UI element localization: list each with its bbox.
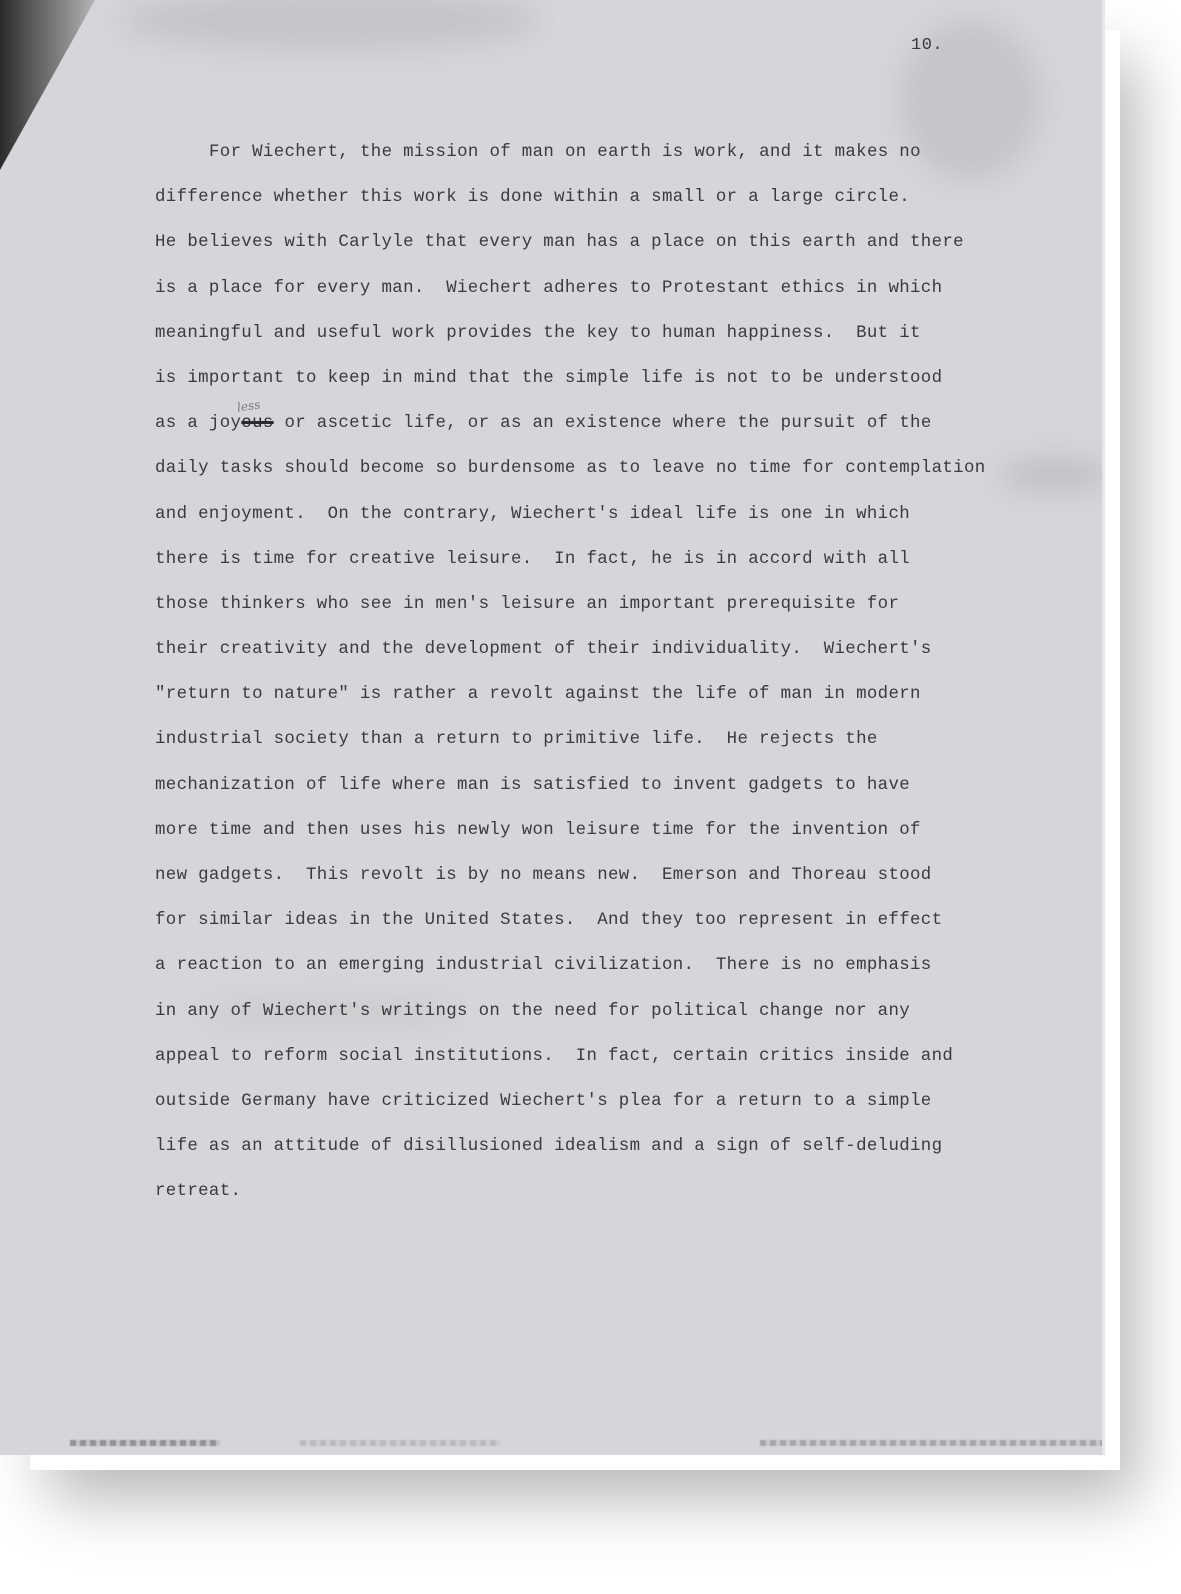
scan-smudge <box>120 0 540 50</box>
text-line: their creativity and the development of … <box>155 637 1055 682</box>
text-line: and enjoyment. On the contrary, Wiechert… <box>155 502 1055 547</box>
document-page: 10. For Wiechert, the mission of man on … <box>0 0 1105 1455</box>
text-line-corrected: as a joyousless or ascetic life, or as a… <box>155 411 1055 456</box>
text-line: meaningful and useful work provides the … <box>155 321 1055 366</box>
text-line: industrial society than a return to prim… <box>155 727 1055 772</box>
scan-edge-mark <box>300 1440 500 1446</box>
text-line: is important to keep in mind that the si… <box>155 366 1055 411</box>
text-line: mechanization of life where man is satis… <box>155 773 1055 818</box>
text-line: those thinkers who see in men's leisure … <box>155 592 1055 637</box>
text-line: is a place for every man. Wiechert adher… <box>155 276 1055 321</box>
text-line: difference whether this work is done wit… <box>155 185 1055 230</box>
text-line: more time and then uses his newly won le… <box>155 818 1055 863</box>
body-text: For Wiechert, the mission of man on eart… <box>155 140 1055 1225</box>
text-line: daily tasks should become so burdensome … <box>155 456 1055 501</box>
scan-edge-mark <box>70 1440 220 1446</box>
text-line: for similar ideas in the United States. … <box>155 908 1055 953</box>
text-line: in any of Wiechert's writings on the nee… <box>155 999 1055 1044</box>
handwritten-correction: ousless <box>241 411 273 437</box>
page-number: 10. <box>911 36 943 55</box>
text-line: He believes with Carlyle that every man … <box>155 230 1055 275</box>
text-line: appeal to reform social institutions. In… <box>155 1044 1055 1089</box>
text-line: For Wiechert, the mission of man on eart… <box>155 140 1055 185</box>
text-after-correction: or ascetic life, or as an existence wher… <box>274 414 932 433</box>
text-line: "return to nature" is rather a revolt ag… <box>155 682 1055 727</box>
handwritten-insert: less <box>236 392 263 421</box>
text-line: life as an attitude of disillusioned ide… <box>155 1134 1055 1179</box>
text-line: outside Germany have criticized Wiechert… <box>155 1089 1055 1134</box>
scan-edge-mark <box>760 1440 1105 1446</box>
text-line: a reaction to an emerging industrial civ… <box>155 953 1055 998</box>
text-line: retreat. <box>155 1179 1055 1224</box>
text-line: there is time for creative leisure. In f… <box>155 547 1055 592</box>
binding-shadow <box>0 0 95 170</box>
text-line: new gadgets. This revolt is by no means … <box>155 863 1055 908</box>
text-before-correction: as a joy <box>155 414 241 433</box>
